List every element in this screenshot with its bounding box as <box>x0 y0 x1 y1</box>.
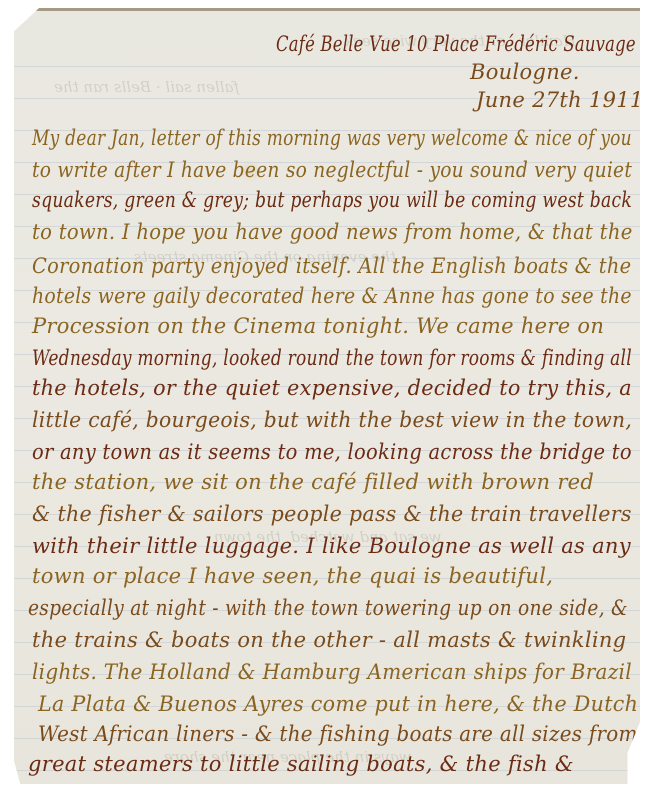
body-line: Procession on the Cinema tonight. We cam… <box>32 314 604 338</box>
body-line: My dear Jan, letter of this morning was … <box>32 126 632 150</box>
address-line: Café Belle Vue 10 Place Frédéric Sauvage <box>276 32 636 56</box>
city-line: Boulogne. <box>470 60 580 84</box>
body-line: or any town as it seems to me, looking a… <box>32 440 632 464</box>
body-line: little café, bourgeois, but with the bes… <box>32 408 632 432</box>
body-line: squakers, green & grey; but perhaps you … <box>32 188 632 212</box>
letter-paper: Hamlet · or the very wise seek fallen sa… <box>14 8 640 784</box>
body-line: to write after I have been so neglectful… <box>32 158 632 182</box>
body-line: & the fisher & sailors people pass & the… <box>32 502 632 526</box>
body-line: West African liners - & the fishing boat… <box>38 722 638 746</box>
body-line: Wednesday morning, looked round the town… <box>32 346 632 370</box>
body-line: the hotels, or the quiet expensive, deci… <box>32 376 632 400</box>
date-line: June 27th 1911 <box>476 88 644 112</box>
body-line: especially at night - with the town towe… <box>28 596 628 620</box>
body-line: Coronation party enjoyed itself. All the… <box>32 254 631 278</box>
body-line: lights. The Holland & Hamburg American s… <box>32 660 632 684</box>
body-line: the station, we sit on the café filled w… <box>32 470 594 494</box>
body-line: with their little luggage. I like Boulog… <box>32 534 631 558</box>
body-line: hotels were gaily decorated here & Anne … <box>32 284 632 308</box>
body-line: La Plata & Buenos Ayres come put in here… <box>38 692 638 716</box>
body-line: town or place I have seen, the quai is b… <box>32 564 553 588</box>
body-line: the trains & boats on the other - all ma… <box>32 628 626 652</box>
body-line: to town. I hope you have good news from … <box>32 220 633 244</box>
body-line: great steamers to little sailing boats, … <box>28 752 574 776</box>
show-through-text: fallen sail · Bells ran the <box>54 78 239 96</box>
